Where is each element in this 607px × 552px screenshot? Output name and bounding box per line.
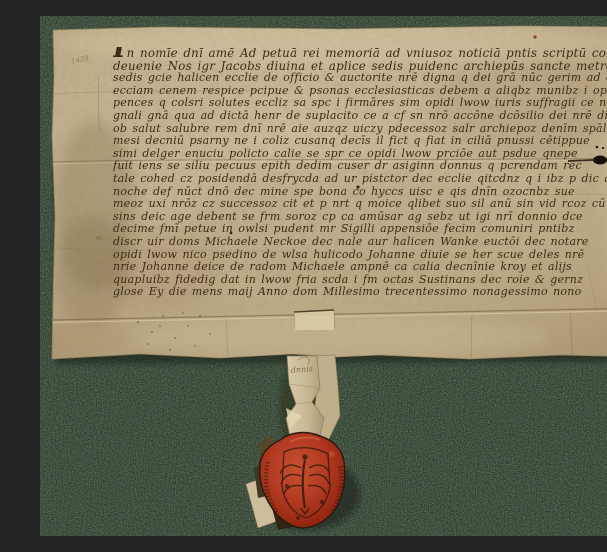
photo-canvas: dnnis	[40, 16, 607, 536]
parchment-charter	[40, 16, 607, 376]
margin-note-left: m.	[96, 234, 104, 242]
photo-scene: dnnis	[40, 16, 607, 536]
seal-tag-slit	[294, 310, 335, 330]
seal-tag-inscription: dnnis	[290, 364, 313, 375]
